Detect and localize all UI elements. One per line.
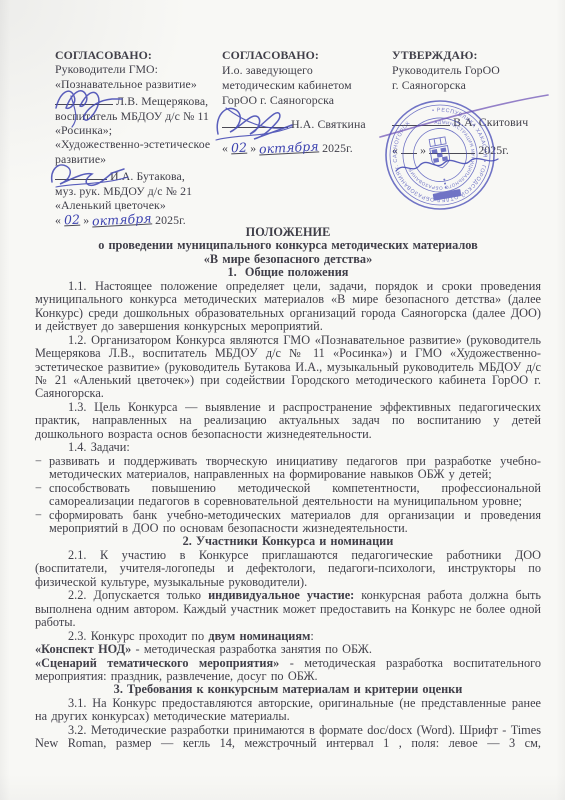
approval-heading: СОГЛАСОВАНО: (55, 48, 225, 62)
section-3-heading: 3. Требования к конкурсным материалам и … (35, 683, 541, 696)
approval-line: развитие» (55, 152, 225, 166)
approval-line: Руководитель ГорОО (392, 63, 554, 78)
nomination-name: «Конспект НОД» (35, 642, 131, 656)
scanned-document-page: СОГЛАСОВАНО: Руководители ГМО: «Познават… (0, 0, 565, 800)
doc-subtitle: о проведении муниципального конкурса мет… (35, 239, 541, 252)
approval-line: методическим кабинетом (222, 78, 392, 93)
approval-line: «Художественно-эстетическое (55, 137, 225, 151)
section-2-heading: 2. Участники Конкурса и номинации (35, 535, 541, 548)
signature-line (55, 169, 107, 180)
nomination-name: «Сценарий тематического мероприятия» (35, 656, 279, 670)
task-text: способствовать повышению методической ко… (49, 482, 541, 509)
clause-3-1: 3.1. На Конкурс предоставляются авторски… (35, 697, 541, 724)
clause-2-1: 2.1. К участию в Конкурсе приглашаются п… (35, 549, 541, 589)
clause-3-2-truncated: 3.2. Методические разработки принимаются… (35, 724, 541, 751)
signature-row: Л.В. Мещерякова, (55, 94, 225, 108)
approval-line: Руководители ГМО: (55, 62, 225, 76)
doc-subtitle-2: «В мире безопасного детства» (35, 253, 541, 266)
approval-heading: СОГЛАСОВАНО: (222, 48, 392, 63)
signer-name: Л.В. Мещерякова, (116, 94, 208, 108)
signature-line (222, 117, 288, 128)
year-label: 2025г. (478, 143, 509, 157)
quote-open: « (222, 141, 228, 155)
year-label: 2025г. (322, 141, 353, 155)
clause-bold-text: индивидуальное участие: (208, 588, 354, 602)
dash-marker: − (35, 455, 49, 482)
signature-row: В.А. Скитович (392, 115, 554, 130)
stamp-dots (443, 178, 447, 188)
handwritten-day: 02 (231, 143, 248, 155)
approval-block-goroo: УТВЕРЖДАЮ: Руководитель ГорОО г. Саяного… (392, 48, 554, 158)
task-text: сформировать банк учебно-методических ма… (49, 509, 541, 536)
approval-block-gmo: СОГЛАСОВАНО: Руководители ГМО: «Познават… (55, 48, 225, 228)
quote-close: » (250, 141, 256, 155)
task-item: − способствовать повышению методической … (35, 482, 541, 509)
clause-text: 2.3. Конкурс проходит по (68, 629, 208, 643)
clause-text: 2.2. Допускается только (68, 588, 208, 602)
document-body: ПОЛОЖЕНИЕ о проведении муниципального ко… (35, 226, 541, 751)
dash-marker: − (35, 509, 49, 536)
clause-1-3: 1.3. Цель Конкурса — выявление и распрос… (35, 401, 541, 441)
dash-marker: − (35, 482, 49, 509)
task-text: развивать и поддерживать творческую иниц… (49, 455, 541, 482)
signature-skitovich-date-scribble (396, 159, 498, 171)
nomination-2: «Сценарий тематического мероприятия» - м… (35, 657, 541, 684)
signer-name: В.А. Скитович (453, 115, 528, 129)
task-item: − сформировать банк учебно-методических … (35, 509, 541, 536)
section-1-heading: 1. Общие положения (35, 266, 541, 279)
approval-line: «Росинка»; (55, 123, 225, 137)
nomination-desc: - методическая разработка занятия по ОБЖ… (131, 642, 372, 656)
signature-line (55, 94, 113, 105)
signature-line (392, 115, 450, 126)
approval-line: ГорОО г. Саяногорска (222, 93, 392, 108)
signer-name: И.А. Бутакова, (110, 169, 185, 183)
approval-line: муз. рук. МБДОУ д/с № 21 (55, 184, 225, 198)
date-row: « 02 » октября 2025г. (222, 141, 392, 156)
approval-line: «Познавательное развитие» (55, 77, 225, 91)
approval-line: воспитатель МБДОУ д/с № 11 (55, 109, 225, 123)
approval-line: И.о. заведующего (222, 63, 392, 78)
handwritten-month: октября (259, 141, 319, 155)
nomination-1: «Конспект НОД» - методическая разработка… (35, 643, 541, 656)
doc-title: ПОЛОЖЕНИЕ (35, 226, 541, 239)
blank-month-line (429, 143, 475, 154)
clause-bold-text: двум номинациям (208, 629, 310, 643)
clause-text: : (310, 629, 313, 643)
approval-heading: УТВЕРЖДАЮ: (392, 48, 554, 63)
signer-name: Н.А. Святкина (291, 117, 366, 131)
approval-line: г. Саяногорска (392, 78, 554, 93)
clause-1-2: 1.2. Организатором Конкурса являются ГМО… (35, 334, 541, 401)
stamp-banner (433, 189, 462, 201)
date-row: « » 2025г. (392, 143, 554, 158)
signature-row: И.А. Бутакова, (55, 169, 225, 183)
signature-row: Н.А. Святкина (222, 117, 392, 132)
blank-day-line (401, 143, 417, 154)
quote-close: » (420, 143, 426, 157)
clause-2-2: 2.2. Допускается только индивидуальное у… (35, 589, 541, 629)
clause-1-1: 1.1. Настоящее положение определяет цели… (35, 280, 541, 334)
quote-open: « (392, 143, 398, 157)
clause-2-3: 2.3. Конкурс проходит по двум номинациям… (35, 630, 541, 643)
clause-1-4: 1.4. Задачи: (35, 441, 541, 454)
approval-block-method-cabinet: СОГЛАСОВАНО: И.о. заведующего методическ… (222, 48, 392, 156)
task-item: − развивать и поддерживать творческую ин… (35, 455, 541, 482)
